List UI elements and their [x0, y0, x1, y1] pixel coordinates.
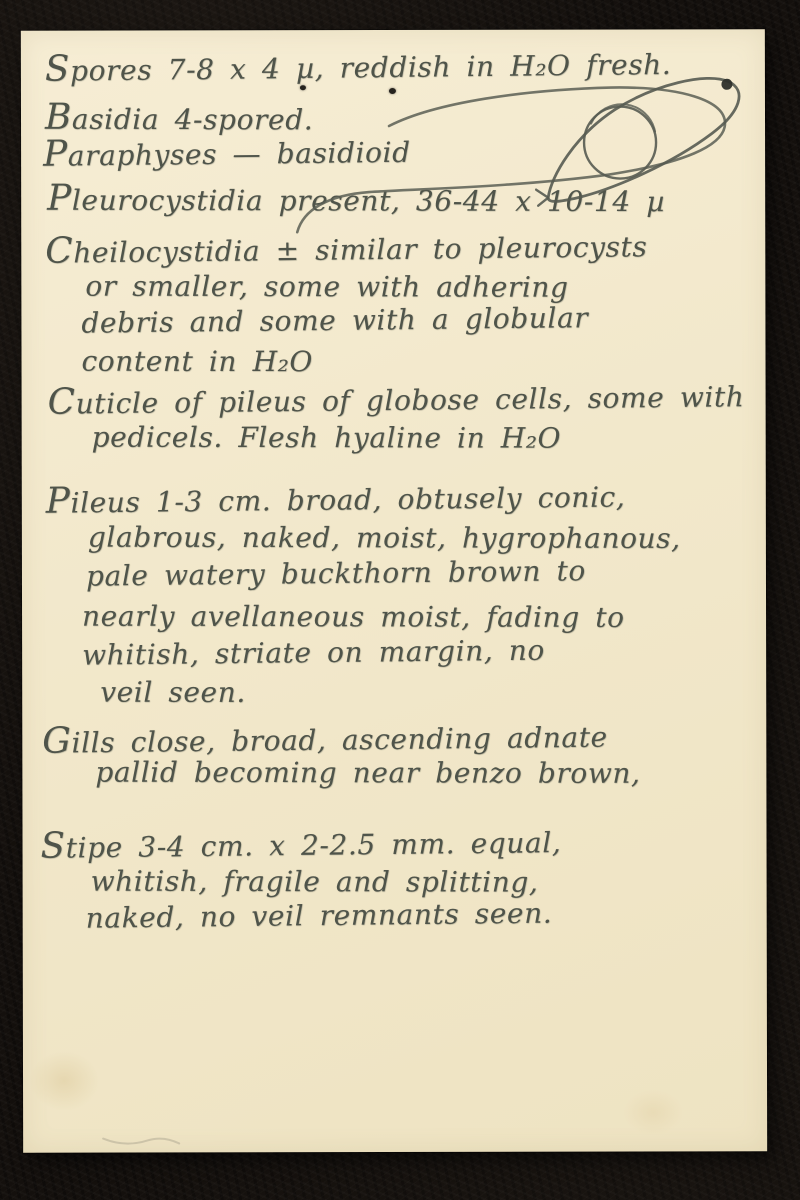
note-line: Cuticle of pileus of globose cells, some… [47, 374, 744, 423]
note-line: naked, no veil remnants seen. [86, 898, 553, 935]
note-line: pale watery buckthorn brown to [86, 555, 586, 593]
note-line: pallid becoming near benzo brown, [95, 757, 640, 790]
ink-blot [721, 79, 732, 90]
note-line: whitish, striate on margin, no [82, 635, 545, 672]
pinhole-speck [389, 88, 396, 94]
paper-stain [29, 1051, 99, 1111]
pinhole-speck [300, 85, 306, 90]
note-line: Pileus 1-3 cm. broad, obtusely conic, [46, 474, 626, 521]
paper-stain [623, 1089, 683, 1135]
note-line: pedicels. Flesh hyaline in H₂O [92, 422, 562, 455]
note-line: Cheilocystidia ± similar to pleurocysts [45, 224, 648, 272]
index-card: Spores 7-8 x 4 µ, reddish in H₂O fresh. … [21, 29, 767, 1153]
note-line: whitish, fragile and splitting, [91, 866, 539, 899]
photo-background: Spores 7-8 x 4 µ, reddish in H₂O fresh. … [0, 0, 800, 1200]
note-line: Pleurocystidia present, 36-44 x 10-14 µ [47, 178, 665, 221]
note-line: debris and some with a globular [81, 302, 588, 340]
cystidium-inclusion-arc [591, 104, 655, 131]
note-line: Stipe 3-4 cm. x 2-2.5 mm. equal, [40, 820, 561, 867]
note-line: nearly avellaneous moist, fading to [82, 601, 625, 634]
cystidium-inclusion-circle [584, 106, 656, 178]
note-line: or smaller, some with adhering [85, 271, 568, 304]
note-line: Spores 7-8 x 4 µ, reddish in H₂O fresh. [45, 42, 672, 90]
faint-pencil-smudge [103, 1138, 179, 1143]
note-line: Paraphyses — basidioid [43, 130, 411, 175]
note-line: content in H₂O [81, 346, 313, 379]
note-line: glabrous, naked, moist, hygrophanous, [88, 522, 681, 556]
note-line: veil seen. [100, 677, 246, 710]
